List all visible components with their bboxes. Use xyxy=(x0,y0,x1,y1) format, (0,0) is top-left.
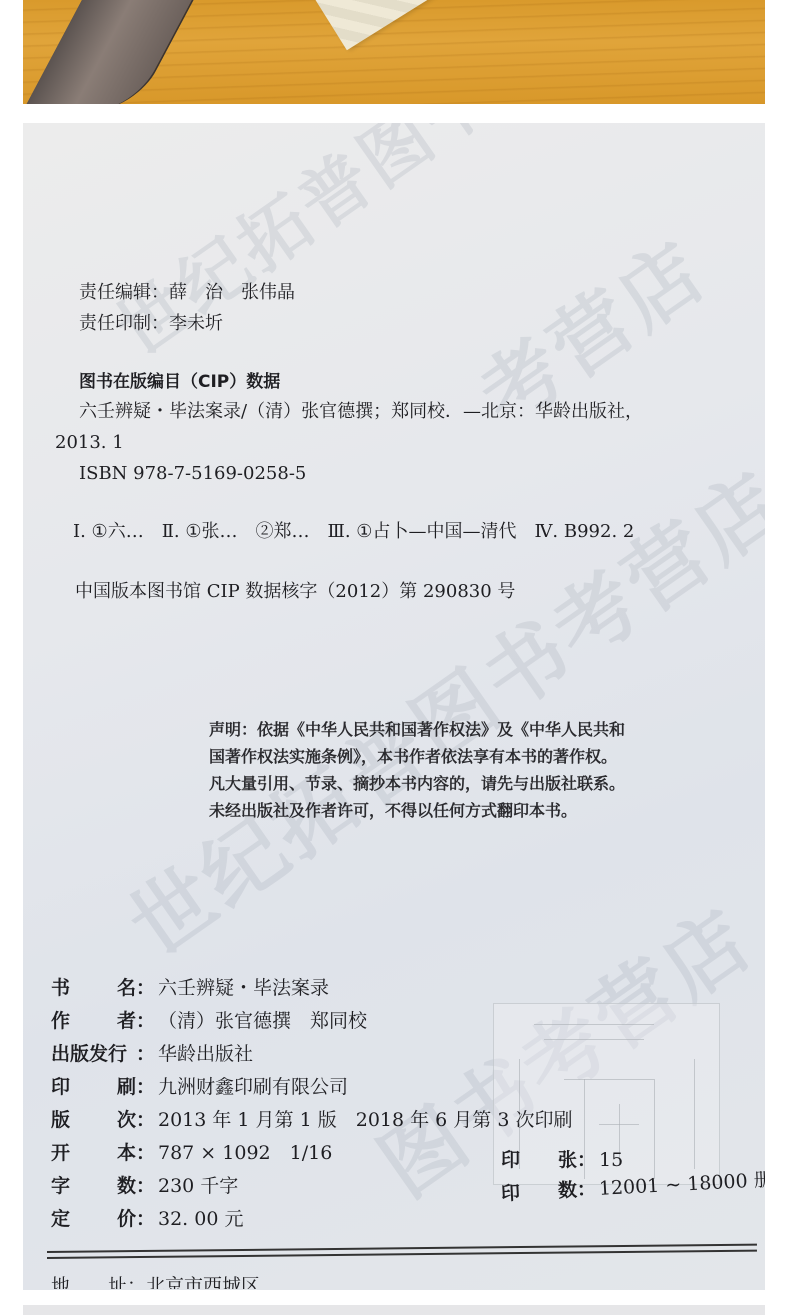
address-partial: 地 址：北京市西城区 xyxy=(51,1275,260,1289)
title-value: 六壬辨疑・毕法案录 xyxy=(158,973,329,1000)
edition-value: 2013 年 1 月第 1 版 2018 年 6 月第 3 次印刷 xyxy=(158,1105,572,1132)
copyright-notice: 声明：依据《中华人民共和国著作权法》及《中华人民共和国著作权法实施条例》，本书作… xyxy=(209,716,629,824)
sheets-value: 15 xyxy=(599,1149,623,1171)
editor-value: 薛 治 张伟晶 xyxy=(169,282,295,303)
price-value: 32. 00 元 xyxy=(158,1204,243,1231)
author-value: （清）张官德撰 郑同校 xyxy=(158,1006,367,1033)
cip-classification: Ⅰ. ①六… Ⅱ. ①张… ②郑… Ⅲ. ①占卜—中国—清代 Ⅳ. B992. … xyxy=(73,521,634,543)
editor-label: 责任编辑： xyxy=(79,282,169,303)
printing-value: 李未圻 xyxy=(169,313,223,334)
cip-record-number: 中国版本图书馆 CIP 数据核字（2012）第 290830 号 xyxy=(75,581,515,603)
colophon-sheets: 印 张：15 xyxy=(501,1145,623,1172)
isbn: ISBN 978-7-5169-0258-5 xyxy=(79,463,306,485)
print-run-value: 12001 ~ 18000 册 xyxy=(598,1169,765,1200)
cip-line-1: 六壬辨疑・毕法案录/（清）张官德撰；郑同校．—北京：华龄出版社， xyxy=(79,401,643,423)
watermark: 世纪拓普图书考营店 xyxy=(103,439,765,979)
format-value: 787 × 1092 1/16 xyxy=(158,1138,332,1165)
next-photo-strip xyxy=(23,1305,765,1315)
printing-credit: 责任印制：李未圻 xyxy=(79,313,223,335)
cip-line-2: 2013. 1 xyxy=(55,432,124,454)
wordcount-value: 230 千字 xyxy=(158,1171,238,1198)
printer-value: 九洲财鑫印刷有限公司 xyxy=(158,1072,348,1099)
editor-credit: 责任编辑：薛 治 张伟晶 xyxy=(79,282,295,304)
top-photo xyxy=(23,0,765,104)
publisher-value: 华龄出版社 xyxy=(158,1039,253,1066)
watermark: 世纪拓普图书 xyxy=(93,123,515,376)
printing-label: 责任印制： xyxy=(79,313,169,334)
copyright-page: 世纪拓普图书 考营店 世纪拓普图书考营店 图书考营店 责任编辑：薛 治 张伟晶 … xyxy=(23,123,765,1290)
cip-heading: 图书在版编目（CIP）数据 xyxy=(79,371,280,393)
